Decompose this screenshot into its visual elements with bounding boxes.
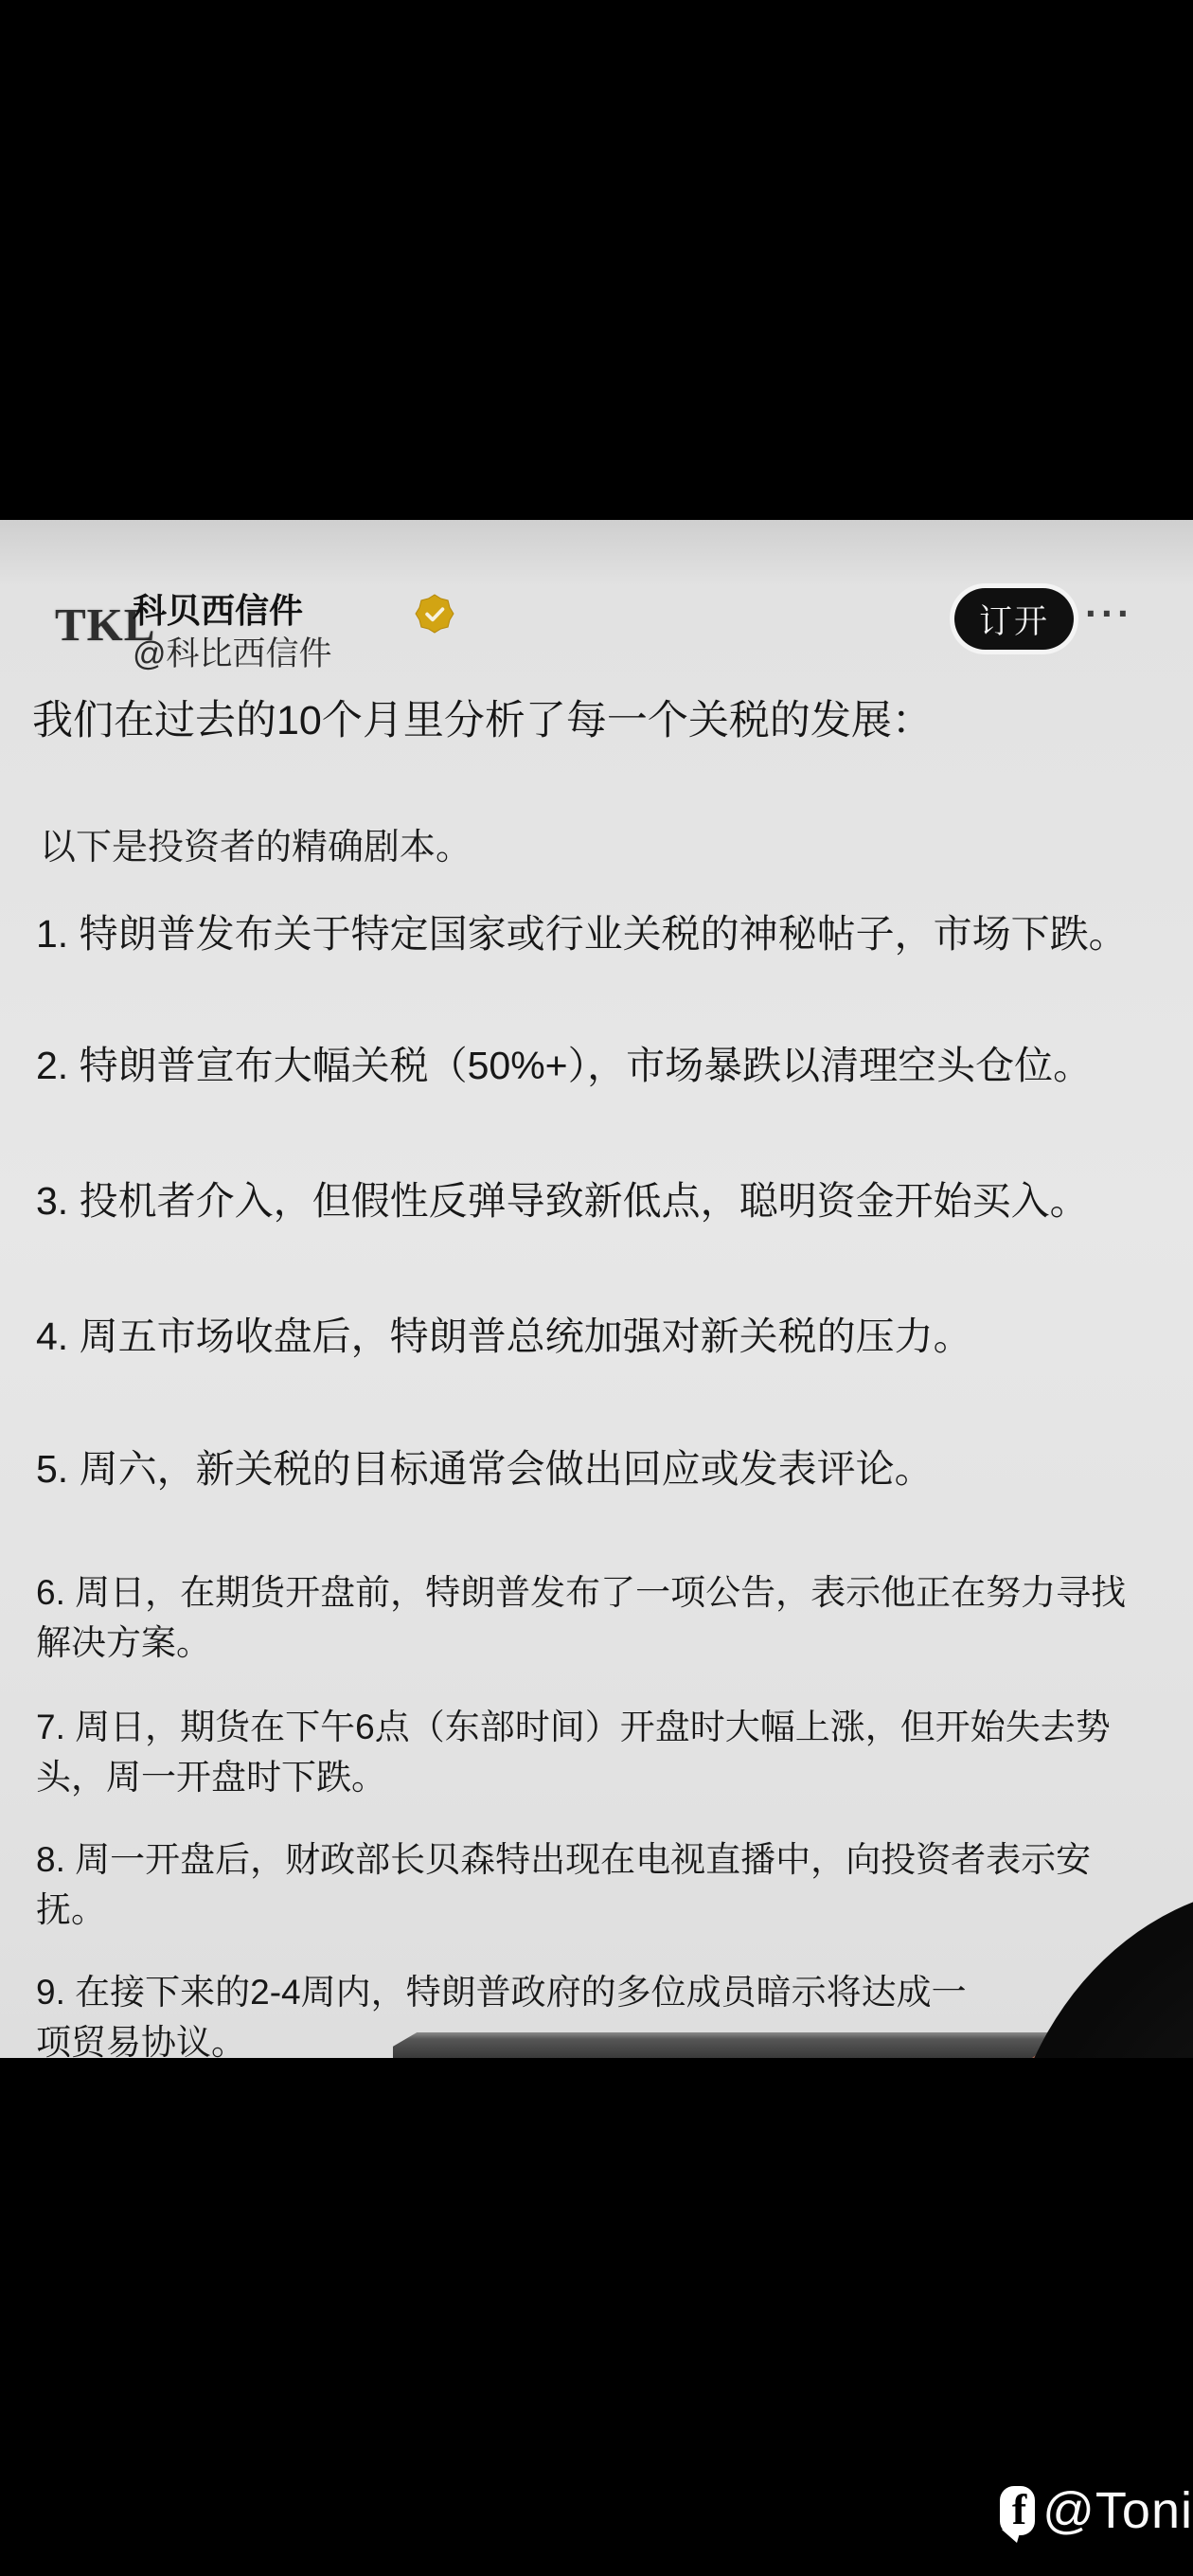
letterbox-bottom: f @Toni <box>0 2058 1193 2576</box>
letterbox-top <box>0 0 1193 520</box>
watermark-handle: @Toni <box>1042 2481 1193 2540</box>
gold-verified-icon <box>415 594 454 634</box>
subscribe-button[interactable]: 订开 <box>954 588 1074 650</box>
post-headline: 我们在过去的10个月里分析了每一个关税的发展： <box>32 695 1168 748</box>
list-item-5: 5. 周六，新关税的目标通常会做出回应或发表评论。 <box>36 1443 1161 1494</box>
list-item-3: 3. 投机者介入，但假性反弹导致新低点，聪明资金开始买入。 <box>36 1175 1161 1226</box>
author-name: 科贝西信件 <box>133 584 303 633</box>
tweet-card: TKL 科贝西信件 @科比西信件 订开 ··· 我们在过去的10个月里分析了每一… <box>0 520 1193 2058</box>
list-item-6: 6. 周日，在期货开盘前，特朗普发布了一项公告，表示他正在努力寻找解决方案。 <box>36 1568 1161 1668</box>
video-frame: TKL 科贝西信件 @科比西信件 订开 ··· 我们在过去的10个月里分析了每一… <box>0 0 1193 2576</box>
post-intro: 以下是投资者的精确剧本。 <box>40 825 1157 871</box>
list-item-2: 2. 特朗普宣布大幅关税（50%+），市场暴跌以清理空头仓位。 <box>36 1040 1161 1091</box>
list-item-8: 8. 周一开盘后，财政部长贝森特出现在电视直播中，向投资者表示安抚。 <box>36 1835 1161 1935</box>
more-button[interactable]: ··· <box>1085 592 1138 645</box>
list-item-7: 7. 周日，期货在下午6点（东部时间）开盘时大幅上涨，但开始失去势头，周一开盘时… <box>36 1703 1161 1802</box>
list-item-1: 1. 特朗普发布关于特定国家或行业关税的神秘帖子，市场下跌。 <box>36 908 1161 959</box>
author-handle: @科比西信件 <box>133 628 332 675</box>
creator-watermark: f @Toni <box>1000 2481 1193 2540</box>
facebook-icon: f <box>1000 2486 1035 2535</box>
facebook-f-glyph: f <box>1012 2488 1026 2531</box>
list-item-4: 4. 周五市场收盘后，特朗普总统加强对新关税的压力。 <box>36 1311 1161 1362</box>
